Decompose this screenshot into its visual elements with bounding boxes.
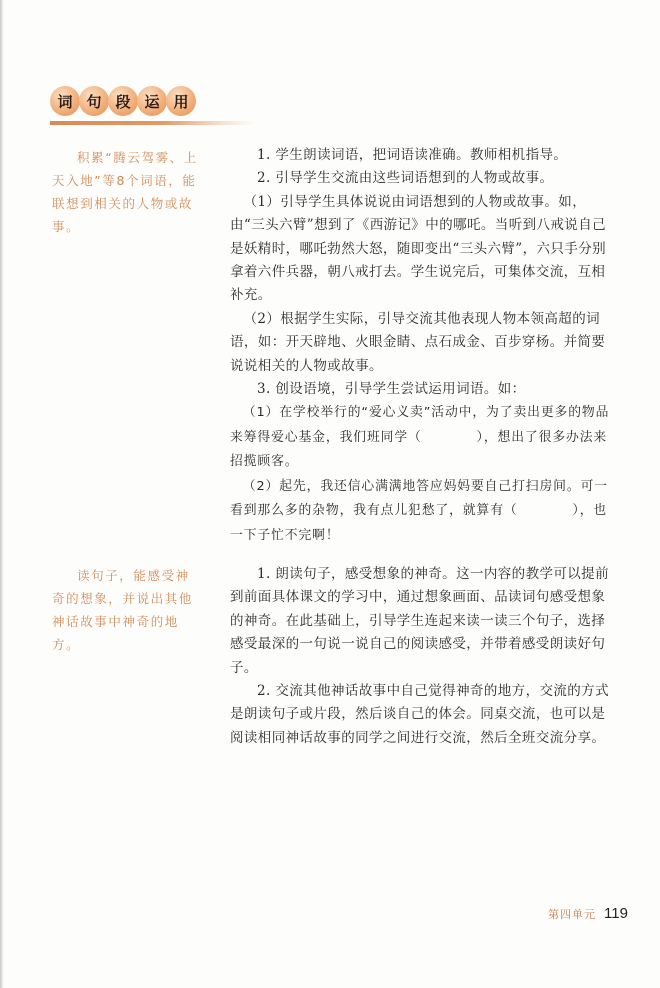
section-2-body: 1. 朗读句子，感受想象的神奇。这一内容的教学可以提前到前面具体课文的学习中，通… xyxy=(230,563,618,750)
example-sentence: （1）在学校举行的“爱心义卖”活动中，为了卖出更多的物品来筹得爱心基金，我们班同… xyxy=(230,401,618,474)
section-1-body: 1. 学生朗读词语，把词语读准确。教师相机指导。 2. 引导学生交流由这些词语想… xyxy=(230,144,618,548)
header-underline xyxy=(50,121,255,125)
side-note-objective-2: 读句子，能感受神奇的想象，并说出其他神话故事中神奇的地方。 xyxy=(52,564,200,656)
title-badge: 用 xyxy=(166,86,196,116)
page-edge xyxy=(0,0,3,988)
paragraph: 2. 引导学生交流由这些词语想到的人物或故事。 xyxy=(230,167,618,190)
paragraph: 1. 朗读句子，感受想象的神奇。这一内容的教学可以提前到前面具体课文的学习中，通… xyxy=(230,563,618,680)
title-badge: 运 xyxy=(137,86,167,116)
title-badge: 词 xyxy=(50,86,80,116)
page-footer: 第四单元 119 xyxy=(548,905,628,922)
paragraph: （2）根据学生实际，引导交流其他表现人物本领高超的词语，如：开天辟地、火眼金睛、… xyxy=(230,308,618,378)
paragraph: 2. 交流其他神话故事中自己觉得神奇的地方，交流的方式是朗读句子或片段，然后谈自… xyxy=(230,680,618,750)
page-number: 119 xyxy=(604,905,628,922)
paragraph: （1）引导学生具体说说由词语想到的人物或故事。如，由“三头六臂”想到了《西游记》… xyxy=(230,191,618,308)
paragraph: 1. 学生朗读词语，把词语读准确。教师相机指导。 xyxy=(230,144,618,167)
title-badge: 段 xyxy=(108,86,138,116)
example-sentence: （2）起先，我还信心满满地答应妈妈要自己打扫房间。可一看到那么多的杂物，我有点儿… xyxy=(230,475,618,548)
side-note-objective-1: 积累“腾云驾雾、上天入地”等8个词语，能联想到相关的人物或故事。 xyxy=(52,146,200,238)
paragraph: 3. 创设语境，引导学生尝试运用词语。如： xyxy=(230,378,618,401)
section-title-badges: 词 句 段 运 用 xyxy=(50,86,195,116)
unit-label: 第四单元 xyxy=(548,906,596,922)
title-badge: 句 xyxy=(79,86,109,116)
section-header: 词 句 段 运 用 xyxy=(50,86,270,126)
